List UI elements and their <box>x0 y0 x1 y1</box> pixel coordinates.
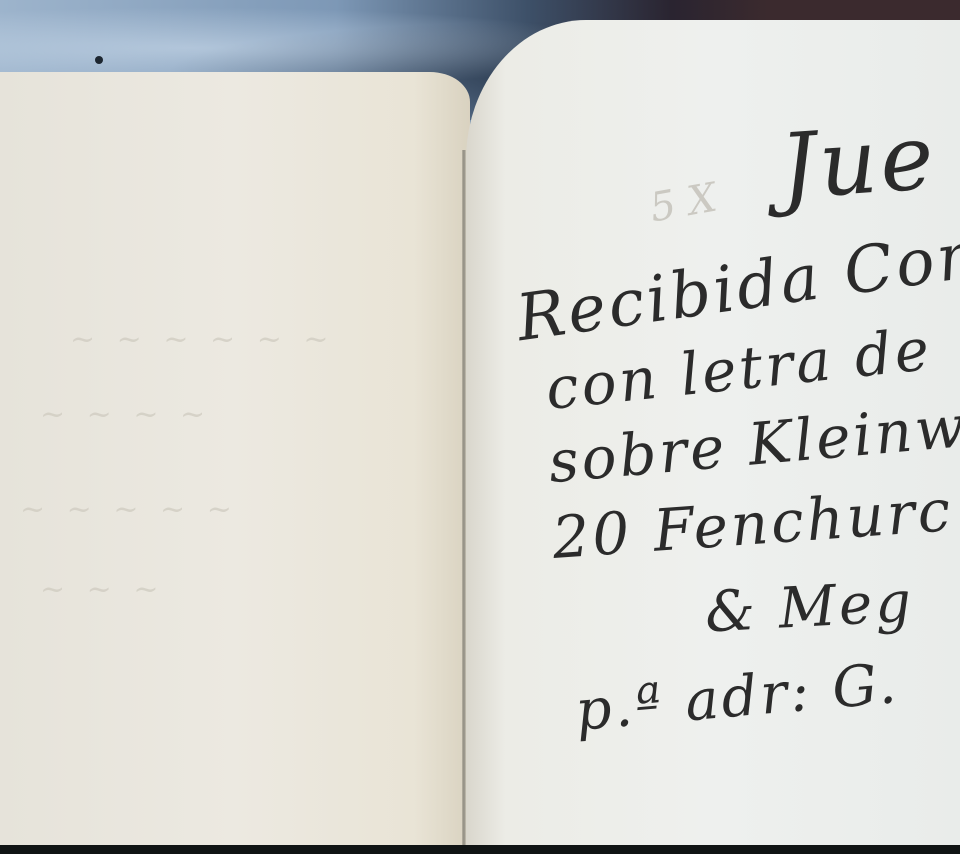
bleed-through-line: ~ ~ ~ <box>40 572 164 607</box>
cloth-spot <box>95 56 103 64</box>
bleed-through-line: ~ ~ ~ ~ ~ ~ <box>70 322 335 357</box>
handwritten-line-heading: Jue <box>777 105 940 221</box>
bleed-through-line: ~ ~ ~ ~ ~ <box>20 492 238 527</box>
bleed-through-line: ~ ~ ~ ~ <box>40 397 211 432</box>
book-gutter <box>462 150 466 845</box>
left-page: ~ ~ ~ ~ ~ ~ ~ ~ ~ ~ ~ ~ ~ ~ ~ ~ ~ ~ <box>0 72 470 845</box>
handwritten-line: & Meg <box>703 570 915 646</box>
photo-scene: ~ ~ ~ ~ ~ ~ ~ ~ ~ ~ ~ ~ ~ ~ ~ ~ ~ ~ 5 X … <box>0 0 960 845</box>
bottom-bar <box>0 845 960 854</box>
